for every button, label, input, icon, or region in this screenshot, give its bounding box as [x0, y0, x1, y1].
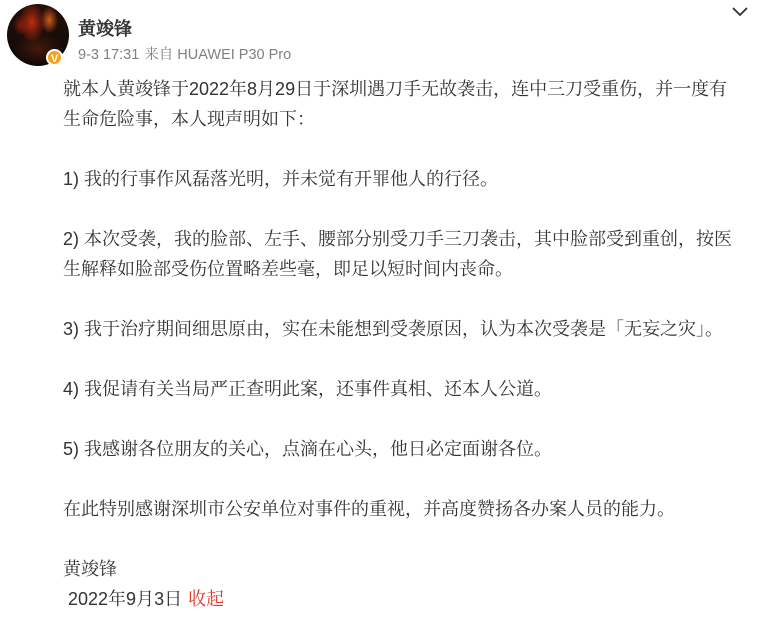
timestamp[interactable]: 9-3 17:31	[78, 47, 139, 63]
user-block: 黄竣锋 9-3 17:31来自 HUAWEI P30 Pro	[78, 0, 761, 66]
weibo-post: V 黄竣锋 9-3 17:31来自 HUAWEI P30 Pro 就本人黄竣锋于…	[0, 0, 761, 618]
post-paragraph: 5) 我感谢各位朋友的关心，点滴在心头，他日必定面谢各位。	[63, 434, 740, 464]
post-meta: 9-3 17:31来自 HUAWEI P30 Pro	[78, 44, 761, 66]
source-device-link[interactable]: 来自 HUAWEI P30 Pro	[144, 47, 291, 63]
post-paragraph: 就本人黄竣锋于2022年8月29日于深圳遇刀手无故袭击，连中三刀受重伤，并一度有…	[63, 74, 740, 134]
post-date-line: 2022年9月3日收起	[63, 584, 740, 614]
verified-badge-icon: V	[46, 49, 63, 66]
post-paragraph: 3) 我于治疗期间细思原由，实在未能想到受袭原因，认为本次受袭是「无妄之灾」。	[63, 314, 740, 344]
post-paragraph: 在此特别感谢深圳市公安单位对事件的重视，并高度赞扬各办案人员的能力。	[63, 494, 740, 524]
post-paragraph: 1) 我的行事作风磊落光明，并未觉有开罪他人的行径。	[63, 164, 740, 194]
avatar[interactable]: V	[7, 4, 69, 66]
post-header: V 黄竣锋 9-3 17:31来自 HUAWEI P30 Pro	[0, 0, 761, 70]
post-date: 2022年9月3日	[63, 589, 182, 609]
collapse-link[interactable]: 收起	[188, 589, 224, 609]
post-paragraph: 2) 本次受袭，我的脸部、左手、腰部分别受刀手三刀袭击，其中脸部受到重创，按医生…	[63, 224, 740, 284]
chevron-down-icon[interactable]	[732, 7, 748, 17]
post-paragraph: 4) 我促请有关当局严正查明此案，还事件真相、还本人公道。	[63, 374, 740, 404]
post-signature: 黄竣锋	[63, 554, 740, 584]
username[interactable]: 黄竣锋	[78, 16, 132, 42]
post-content: 就本人黄竣锋于2022年8月29日于深圳遇刀手无故袭击，连中三刀受重伤，并一度有…	[0, 74, 761, 614]
